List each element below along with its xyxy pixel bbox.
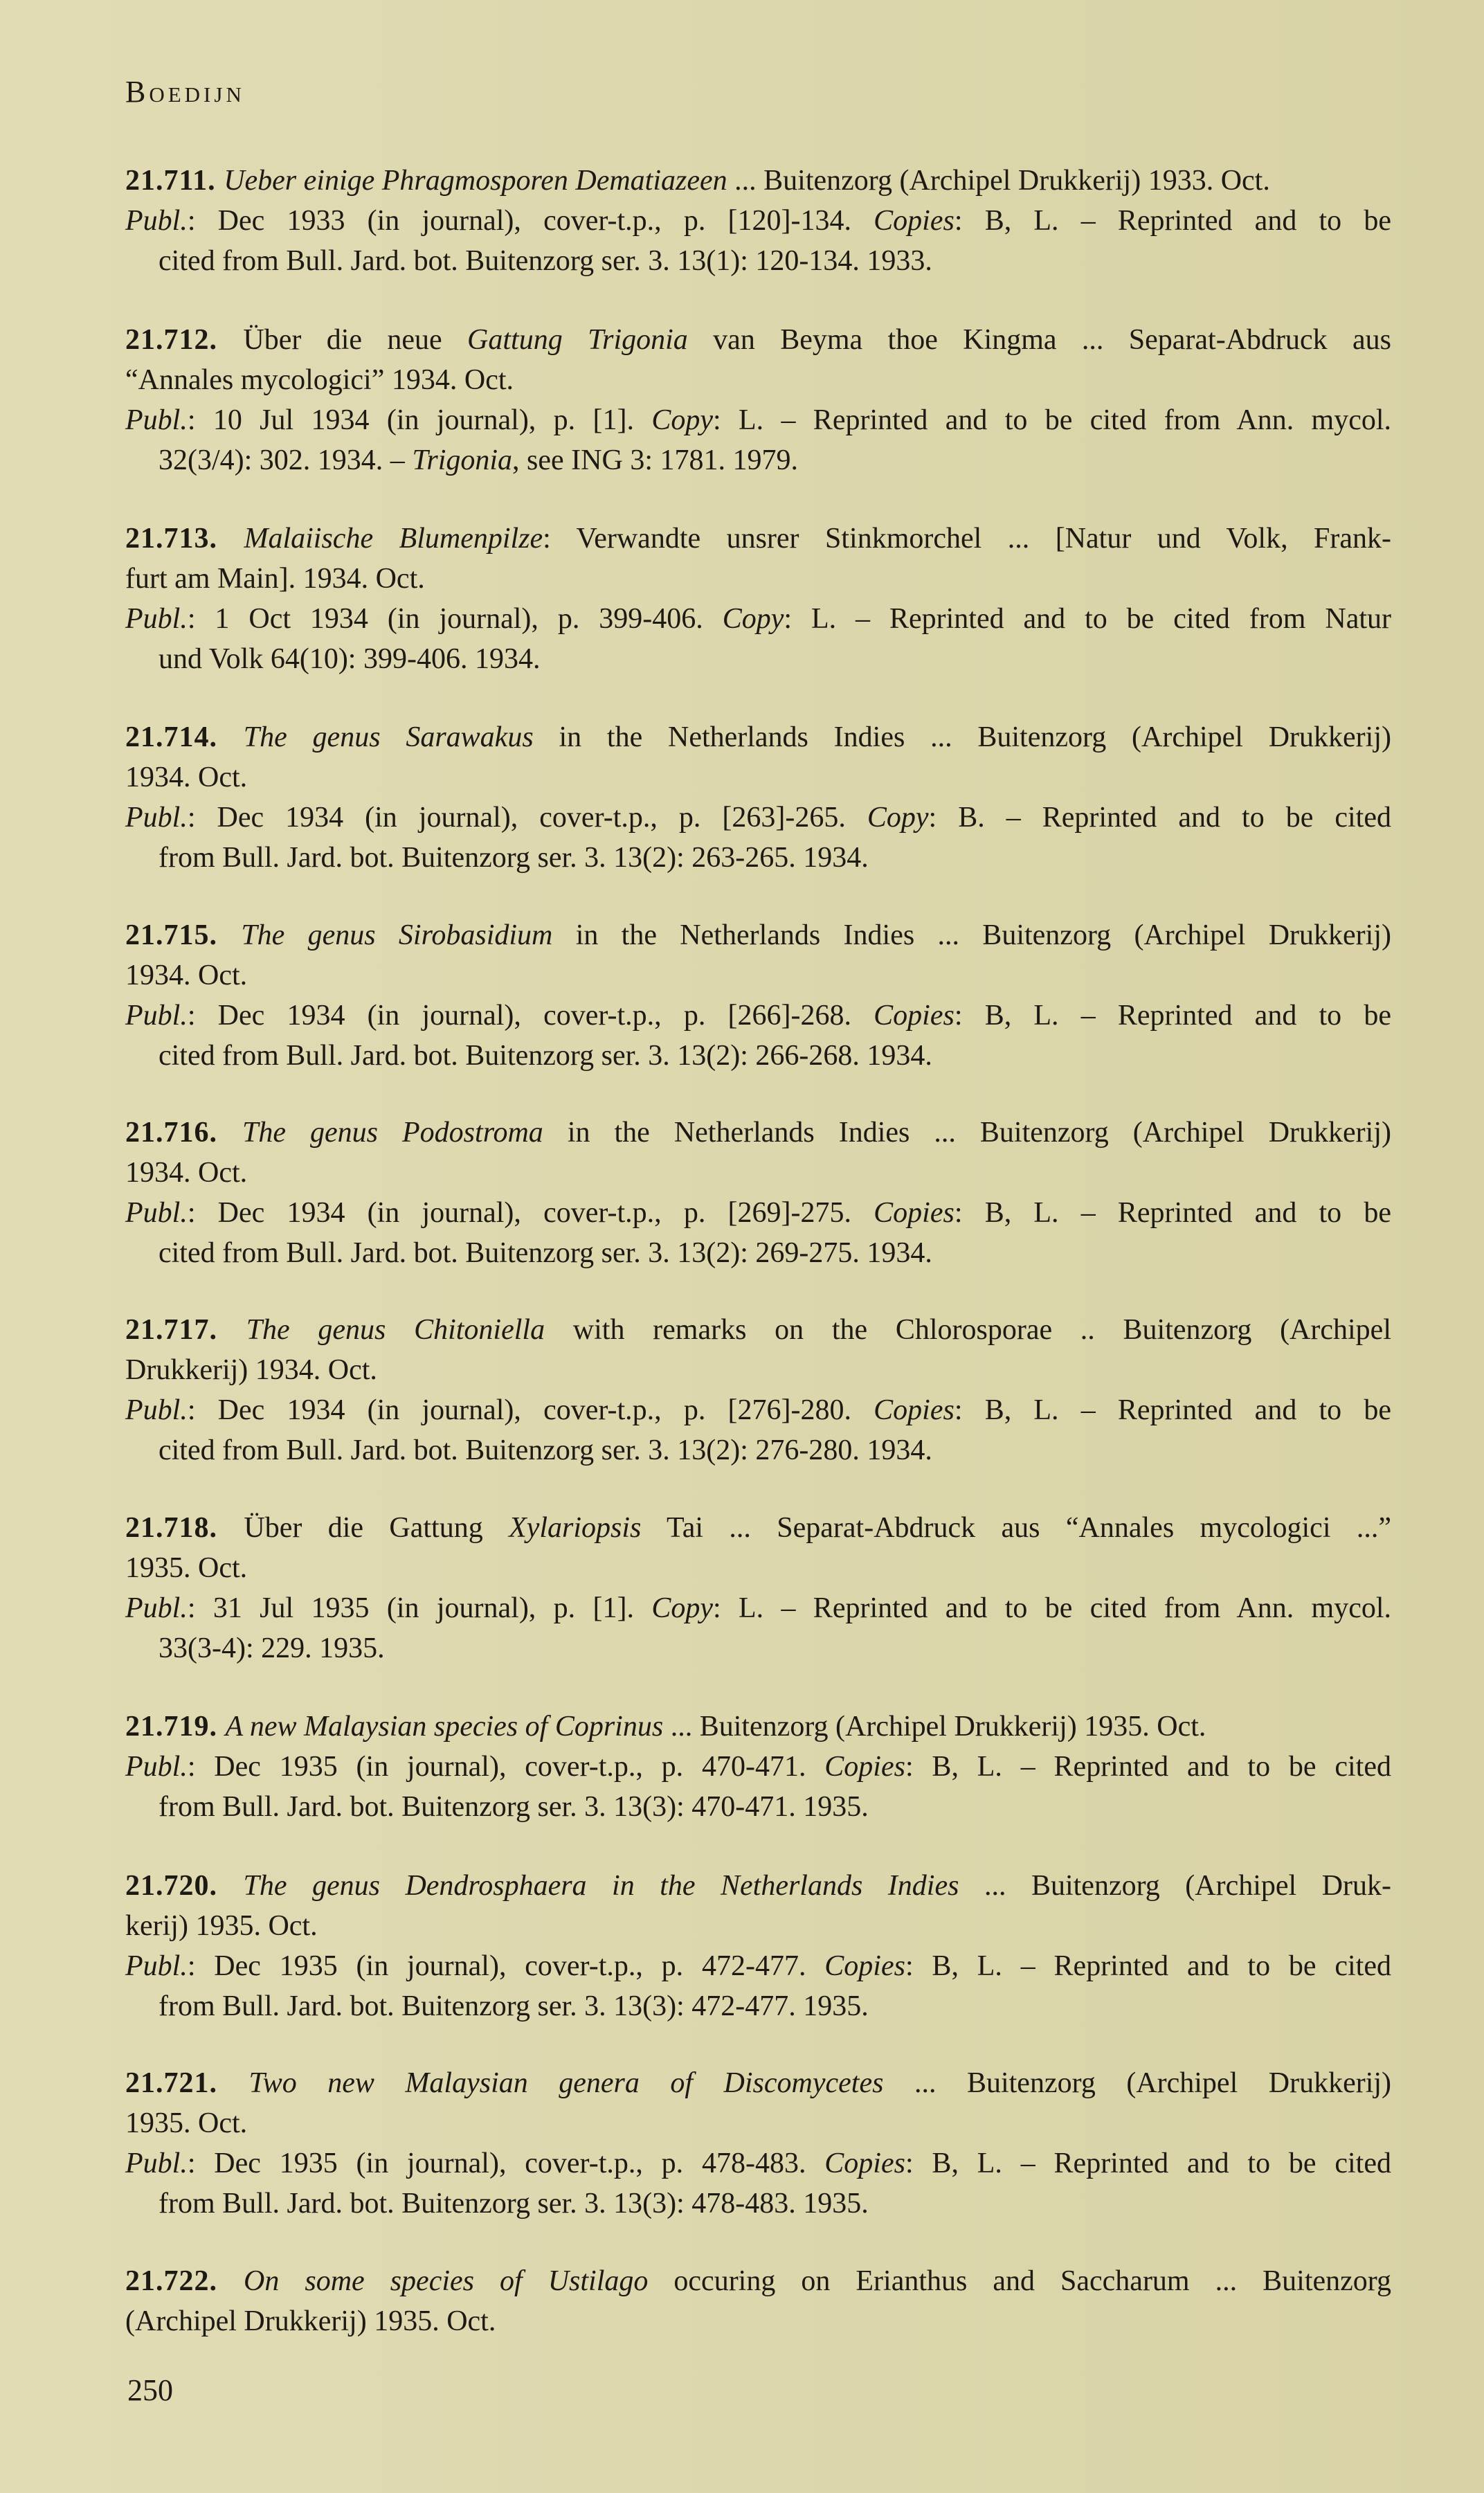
text-run: Über die Gattung [244, 1512, 509, 1544]
text-run: : L. – Reprinted and to be cited from Na… [784, 603, 1391, 635]
italic-text: Copies [874, 1197, 954, 1229]
italic-text: Trigonia [412, 444, 512, 476]
entry-number: 21.715. [125, 919, 241, 951]
text-run: from Bull. Jard. bot. Buitenzorg ser. 3.… [159, 1990, 869, 2022]
entry-line: furt am Main]. 1934. Oct. [125, 559, 1391, 599]
italic-text: The genus Chitoniella [246, 1314, 545, 1346]
italic-text: Publ. [125, 1394, 188, 1426]
text-run: furt am Main]. 1934. Oct. [125, 563, 425, 595]
entry-line: cited from Bull. Jard. bot. Buitenzorg s… [159, 1430, 1391, 1470]
text-run: , see ING 3: 1781. 1979. [512, 444, 798, 476]
entry-line: 32(3/4): 302. 1934. – Trigonia, see ING … [159, 440, 1391, 480]
italic-text: Publ. [125, 1000, 188, 1032]
italic-text: Copies [874, 1000, 954, 1032]
italic-text: Gattung Trigonia [467, 324, 688, 356]
text-run: (Archipel Drukkerij) 1935. Oct. [125, 2305, 496, 2337]
entry-number: 21.716. [125, 1117, 242, 1149]
entry-number: 21.718. [125, 1512, 244, 1544]
italic-text: Xylariopsis [509, 1512, 641, 1544]
text-run: in the Netherlands Indies ... Buitenzorg… [552, 919, 1391, 951]
text-run: ... Buitenzorg (Archipel Drukkerij) 1935… [663, 1711, 1206, 1743]
text-run: : Verwandte unsrer Stinkmorchel ... [Nat… [543, 523, 1391, 555]
text-run: 1935. Oct. [125, 2107, 247, 2139]
entry-line: from Bull. Jard. bot. Buitenzorg ser. 3.… [159, 1787, 1391, 1827]
text-run: ... Buitenzorg (Archipel Druk- [959, 1870, 1391, 1902]
text-run: 33(3-4): 229. 1935. [159, 1632, 385, 1664]
entry-line: Publ.: Dec 1935 (in journal), cover-t.p.… [125, 1747, 1391, 1787]
entry-line: Publ.: Dec 1935 (in journal), cover-t.p.… [125, 2143, 1391, 2184]
text-run: : B, L. – Reprinted and to be cited [905, 1751, 1391, 1783]
entry-line: Publ.: 10 Jul 1934 (in journal), p. [1].… [125, 400, 1391, 440]
text-run: : 1 Oct 1934 (in journal), p. 399-406. [188, 603, 723, 635]
text-run: : Dec 1934 (in journal), cover-t.p., p. … [188, 802, 867, 834]
entry-title-line: 21.711. Ueber einige Phragmosporen Demat… [125, 161, 1391, 201]
entry-line: 1935. Oct. [125, 1548, 1391, 1588]
italic-text: The genus Podostroma [242, 1117, 543, 1149]
text-run: “Annales mycologici” 1934. Oct. [125, 364, 514, 396]
text-run: ... Buitenzorg (Archipel Drukkerij) [883, 2067, 1391, 2099]
text-run: van Beyma thoe Kingma ... Separat-Abdruc… [688, 324, 1391, 356]
text-run: Drukkerij) 1934. Oct. [125, 1354, 377, 1386]
entry-title-line: 21.714. The genus Sarawakus in the Nethe… [125, 717, 1391, 757]
italic-text: Publ. [125, 404, 188, 436]
entry-line: Publ.: Dec 1934 (in journal), cover-t.p.… [125, 1390, 1391, 1430]
text-run: : 10 Jul 1934 (in journal), p. [1]. [188, 404, 651, 436]
text-run: from Bull. Jard. bot. Buitenzorg ser. 3.… [159, 842, 869, 874]
italic-text: The genus Sarawakus [244, 721, 534, 753]
text-run: : B, L. – Reprinted and to be [954, 205, 1391, 237]
entry-title-line: 21.715. The genus Sirobasidium in the Ne… [125, 915, 1391, 955]
entry-line: from Bull. Jard. bot. Buitenzorg ser. 3.… [159, 2184, 1391, 2224]
italic-text: Copies [874, 205, 954, 237]
entry-title-line: 21.721. Two new Malaysian genera of Disc… [125, 2063, 1391, 2103]
italic-text: Publ. [125, 802, 188, 834]
entry-number: 21.722. [125, 2265, 244, 2297]
text-run: : Dec 1935 (in journal), cover-t.p., p. … [188, 2148, 824, 2179]
entry-title-line: 21.713. Malaiische Blumenpilze: Verwandt… [125, 519, 1391, 559]
text-run: from Bull. Jard. bot. Buitenzorg ser. 3.… [159, 2188, 869, 2220]
italic-text: Copy [651, 1592, 713, 1624]
italic-text: Malaiische Blumenpilze [244, 523, 543, 555]
text-run: occuring on Erianthus and Saccharum ... … [648, 2265, 1391, 2297]
text-run: cited from Bull. Jard. bot. Buitenzorg s… [159, 1434, 932, 1466]
italic-text: Copies [824, 2148, 905, 2179]
text-run: 1934. Oct. [125, 1157, 247, 1189]
text-run: from Bull. Jard. bot. Buitenzorg ser. 3.… [159, 1791, 869, 1823]
entry-title-line: 21.716. The genus Podostroma in the Neth… [125, 1113, 1391, 1153]
text-run: : Dec 1935 (in journal), cover-t.p., p. … [188, 1950, 824, 1982]
entry-line: Drukkerij) 1934. Oct. [125, 1350, 1391, 1390]
text-run: : L. – Reprinted and to be cited from An… [713, 404, 1391, 436]
entry-line: und Volk 64(10): 399-406. 1934. [159, 639, 1391, 679]
entry-line: 1934. Oct. [125, 757, 1391, 798]
italic-text: Copy [651, 404, 713, 436]
italic-text: Ueber einige Phragmosporen Dematiazeen [224, 165, 727, 197]
entry-number: 21.712. [125, 324, 243, 356]
entry-line: Publ.: 1 Oct 1934 (in journal), p. 399-4… [125, 599, 1391, 639]
text-run: : Dec 1935 (in journal), cover-t.p., p. … [188, 1751, 824, 1783]
book-page: Boedijn 21.711. Ueber einige Phragmospor… [0, 0, 1484, 2493]
text-run: 1934. Oct. [125, 960, 247, 991]
italic-text: Copy [867, 802, 929, 834]
entry-line: cited from Bull. Jard. bot. Buitenzorg s… [159, 1036, 1391, 1076]
text-run: Tai ... Separat-Abdruck aus “Annales myc… [641, 1512, 1391, 1544]
text-run: cited from Bull. Jard. bot. Buitenzorg s… [159, 1040, 932, 1072]
entry-line: Publ.: Dec 1934 (in journal), cover-t.p.… [125, 996, 1391, 1036]
text-run: with remarks on the Chlorosporae .. Buit… [545, 1314, 1391, 1346]
text-run: Über die neue [243, 324, 467, 356]
text-run: in the Netherlands Indies ... Buitenzorg… [534, 721, 1391, 753]
italic-text: Publ. [125, 2148, 188, 2179]
entry-number: 21.711. [125, 165, 224, 197]
text-run: : 31 Jul 1935 (in journal), p. [1]. [188, 1592, 651, 1624]
text-run: : B, L. – Reprinted and to be cited [905, 2148, 1391, 2179]
entry-line: kerij) 1935. Oct. [125, 1906, 1391, 1946]
text-run: cited from Bull. Jard. bot. Buitenzorg s… [159, 1237, 932, 1269]
italic-text: On some species of Ustilago [244, 2265, 648, 2297]
italic-text: Publ. [125, 603, 188, 635]
entry-number: 21.720. [125, 1870, 244, 1902]
entry-line: 1934. Oct. [125, 1153, 1391, 1193]
entry-number: 21.713. [125, 523, 244, 555]
text-run: und Volk 64(10): 399-406. 1934. [159, 643, 540, 675]
text-run: cited from Bull. Jard. bot. Buitenzorg s… [159, 245, 932, 277]
text-run: : B, L. – Reprinted and to be [954, 1197, 1391, 1229]
italic-text: Publ. [125, 1950, 188, 1982]
text-run: : L. – Reprinted and to be cited from An… [713, 1592, 1391, 1624]
italic-text: Copies [824, 1950, 905, 1982]
entry-number: 21.714. [125, 721, 244, 753]
entry-line: cited from Bull. Jard. bot. Buitenzorg s… [159, 241, 1391, 281]
italic-text: Publ. [125, 1592, 188, 1624]
page-number: 250 [127, 2373, 173, 2408]
text-run: 32(3/4): 302. 1934. – [159, 444, 412, 476]
running-head: Boedijn [125, 75, 245, 109]
entry-line: Publ.: Dec 1935 (in journal), cover-t.p.… [125, 1946, 1391, 1986]
entry-number: 21.719. [125, 1711, 226, 1743]
entry-line: Publ.: Dec 1934 (in journal), cover-t.p.… [125, 1193, 1391, 1233]
entry-line: Publ.: Dec 1934 (in journal), cover-t.p.… [125, 798, 1391, 838]
text-run: : B, L. – Reprinted and to be [954, 1000, 1391, 1032]
italic-text: Publ. [125, 205, 188, 237]
italic-text: A new Malaysian species of Coprinus [226, 1711, 664, 1743]
entry-line: Publ.: Dec 1933 (in journal), cover-t.p.… [125, 201, 1391, 241]
italic-text: The genus Sirobasidium [241, 919, 552, 951]
entry-title-line: 21.718. Über die Gattung Xylariopsis Tai… [125, 1508, 1391, 1548]
text-run: : Dec 1934 (in journal), cover-t.p., p. … [188, 1394, 874, 1426]
entry-line: 33(3-4): 229. 1935. [159, 1628, 1391, 1668]
entry-title-line: 21.722. On some species of Ustilago occu… [125, 2261, 1391, 2301]
text-run: : B, L. – Reprinted and to be [954, 1394, 1391, 1426]
italic-text: Publ. [125, 1197, 188, 1229]
italic-text: Copies [874, 1394, 954, 1426]
entry-line: 1934. Oct. [125, 955, 1391, 996]
text-run: 1934. Oct. [125, 762, 247, 793]
italic-text: Two new Malaysian genera of Discomycetes [249, 2067, 884, 2099]
entry-line: from Bull. Jard. bot. Buitenzorg ser. 3.… [159, 1986, 1391, 2026]
entry-line: 1935. Oct. [125, 2103, 1391, 2143]
text-run: in the Netherlands Indies ... Buitenzorg… [543, 1117, 1391, 1149]
italic-text: Copy [723, 603, 784, 635]
entry-title-line: 21.717. The genus Chitoniella with remar… [125, 1310, 1391, 1350]
entry-line: from Bull. Jard. bot. Buitenzorg ser. 3.… [159, 838, 1391, 878]
text-run: : Dec 1933 (in journal), cover-t.p., p. … [188, 205, 874, 237]
entry-title-line: 21.720. The genus Dendrosphaera in the N… [125, 1866, 1391, 1906]
text-run: : B. – Reprinted and to be cited [929, 802, 1391, 834]
text-run: kerij) 1935. Oct. [125, 1910, 318, 1942]
italic-text: Copies [824, 1751, 905, 1783]
entry-line: “Annales mycologici” 1934. Oct. [125, 360, 1391, 400]
entry-line: cited from Bull. Jard. bot. Buitenzorg s… [159, 1233, 1391, 1273]
entry-number: 21.717. [125, 1314, 246, 1346]
entry-line: (Archipel Drukkerij) 1935. Oct. [125, 2301, 1391, 2341]
entry-line: Publ.: 31 Jul 1935 (in journal), p. [1].… [125, 1588, 1391, 1628]
entry-number: 21.721. [125, 2067, 249, 2099]
text-run: : Dec 1934 (in journal), cover-t.p., p. … [188, 1000, 874, 1032]
entry-title-line: 21.712. Über die neue Gattung Trigonia v… [125, 320, 1391, 360]
text-run: 1935. Oct. [125, 1552, 247, 1584]
italic-text: The genus Dendrosphaera in the Netherlan… [244, 1870, 959, 1902]
text-run: ... Buitenzorg (Archipel Drukkerij) 1933… [727, 165, 1270, 197]
italic-text: Publ. [125, 1751, 188, 1783]
text-run: : Dec 1934 (in journal), cover-t.p., p. … [188, 1197, 874, 1229]
entry-title-line: 21.719. A new Malaysian species of Copri… [125, 1707, 1391, 1747]
text-run: : B, L. – Reprinted and to be cited [905, 1950, 1391, 1982]
